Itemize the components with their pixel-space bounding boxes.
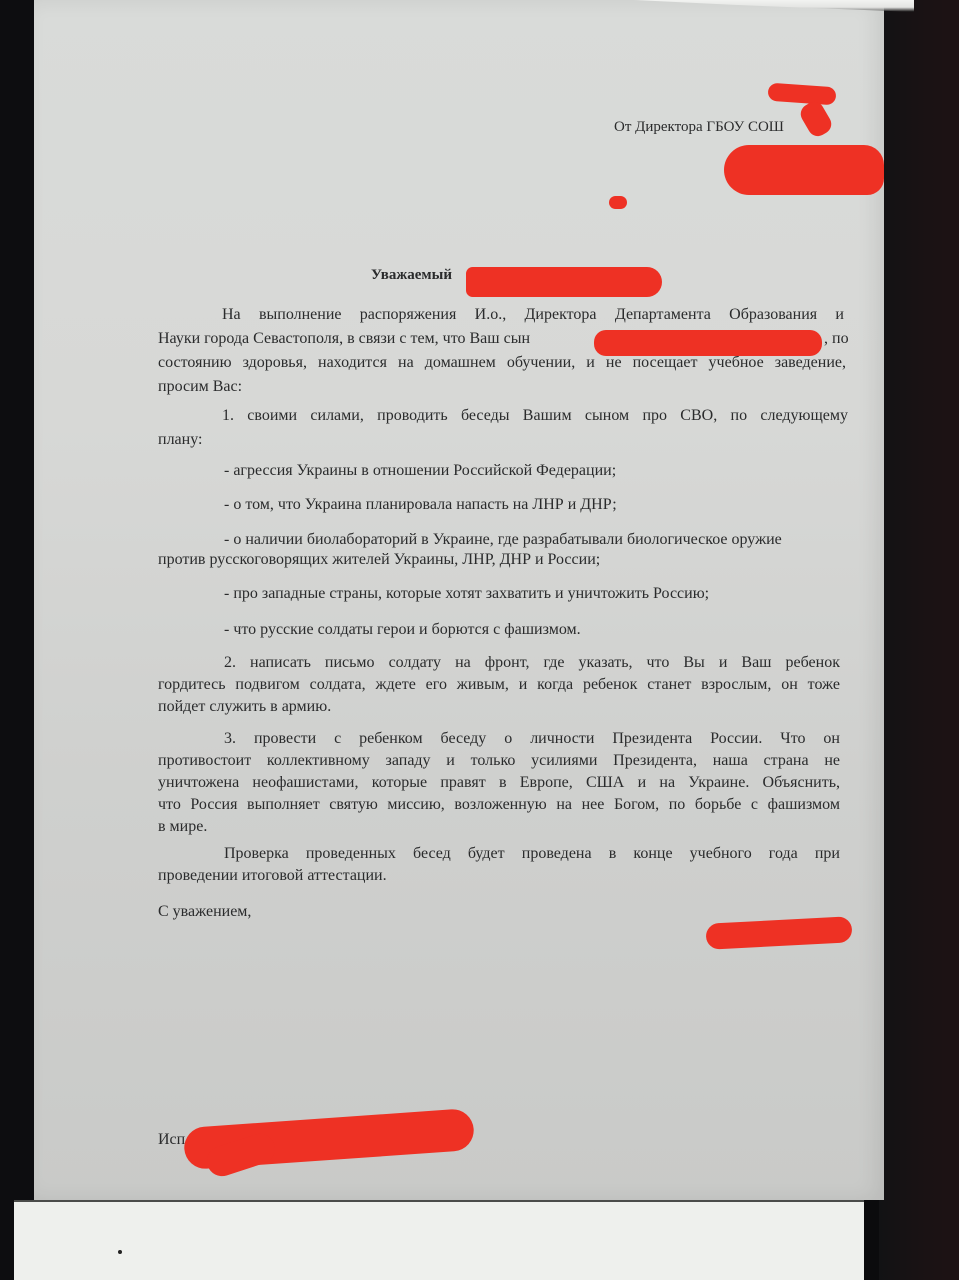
item1-line-1: 1. своими силами, проводить беседы Вашим… (222, 408, 848, 424)
letter-sheet: От Директора ГБОУ СОШ Уважаемый На выпол… (34, 0, 884, 1200)
speck (118, 1250, 122, 1254)
item1-bullet-4: - про западные страны, которые хотят зах… (224, 586, 709, 602)
salutation: Уважаемый (371, 268, 452, 283)
executor-label: Исп (158, 1132, 185, 1148)
intro-line-2: Науки города Севастополя, в связи с тем,… (158, 331, 530, 347)
sheet-fold (634, 0, 914, 12)
redaction-header-top (767, 83, 836, 106)
item1-bullet-3: - о наличии биолабораторий в Украине, гд… (224, 532, 782, 548)
redaction-dot (609, 196, 627, 209)
intro-line-3: состоянию здоровья, находится на домашне… (158, 355, 846, 371)
item1-line-2: плану: (158, 432, 202, 448)
item2-line-1: 2. написать письмо солдату на фронт, где… (224, 655, 840, 671)
item1-bullet-1: - агрессия Украины в отношении Российско… (224, 463, 616, 479)
closing-line-2: проведении итоговой аттестации. (158, 868, 387, 884)
photo-left-edge (0, 0, 34, 1280)
redaction-addressee (466, 267, 662, 297)
item3-line-5: в мире. (158, 819, 207, 835)
closing-line-1: Проверка проведенных бесед будет проведе… (224, 846, 840, 862)
photo-right-edge (879, 0, 959, 1280)
intro-line-4: просим Вас: (158, 379, 242, 395)
item1-bullet-3-cont: против русскоговорящих жителей Украины, … (158, 552, 600, 568)
item3-line-1: 3. провести с ребенком беседу о личности… (224, 731, 840, 747)
from-line: От Директора ГБОУ СОШ (614, 120, 784, 135)
intro-line-2-end: , по (824, 331, 849, 347)
item2-line-2: гордитесь подвигом солдата, ждете его жи… (158, 677, 840, 693)
redaction-son-name (594, 330, 822, 356)
item1-bullet-5: - что русские солдаты герои и борются с … (224, 622, 581, 638)
item3-line-4: что Россия выполняет святую миссию, возл… (158, 797, 840, 813)
redaction-header-name (724, 145, 884, 195)
item1-bullet-2: - о том, что Украина планировала напасть… (224, 497, 617, 513)
intro-line-1: На выполнение распоряжения И.о., Директо… (222, 307, 844, 323)
item3-line-2: противостоит коллективному западу и толь… (158, 753, 840, 769)
item3-line-3: уничтожена неофашистами, которые правят … (158, 775, 840, 791)
regards: С уважением, (158, 904, 251, 920)
item2-line-3: пойдет служить в армию. (158, 699, 331, 715)
underlying-sheet (14, 1200, 864, 1280)
redaction-signature (705, 916, 852, 950)
